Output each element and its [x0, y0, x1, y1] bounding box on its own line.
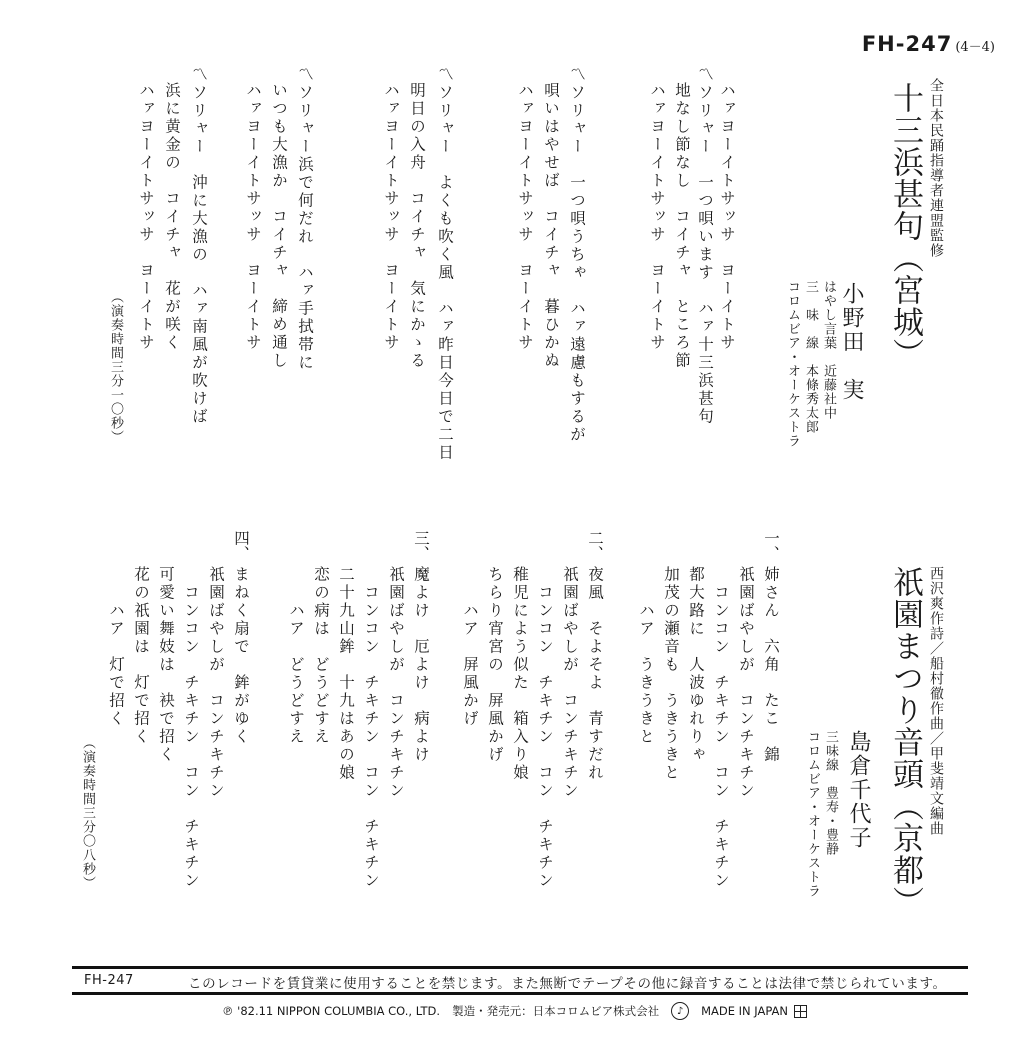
side-indicator: (4－4)	[955, 40, 995, 55]
song1-title: 十三浜甚句（宮城）	[888, 82, 922, 370]
lyric-line: ハァヨーイトサッサ ヨーイトサ	[648, 82, 666, 352]
verse-number: 二、	[586, 530, 604, 561]
lyric-line: 祇園ばやしが コンチキチン	[561, 566, 579, 800]
lyric-line: 〽ソリャー 一つ唄うちゃ ハァ遠慮もするが	[568, 66, 586, 444]
lyric-line: ハア 屏風かげ	[461, 566, 479, 728]
lyric-line: コンコン チキチン コン チキチン	[362, 566, 380, 890]
lyric-line: 〽ソリャー 一つ唄います ハァ十三浜甚句	[696, 66, 714, 426]
lyric-line: 〽ソリャー浜で何だれ ハァ手拭帯に	[296, 66, 314, 372]
catalog-number-header: FH-247(4－4)	[862, 32, 995, 56]
lyric-line: 浜に黄金の コイチャ 花が咲く	[163, 82, 181, 352]
footer-top-rule	[72, 966, 968, 969]
lyric-line: ハァヨーイトサッサ ヨーイトサ	[137, 82, 155, 352]
lyric-line: 稚児によう似た 箱入り娘	[511, 566, 529, 782]
lyric-line: 姉さん 六角 たこ 錦	[762, 566, 780, 764]
lyric-line: ハア どうどすえ	[287, 566, 305, 746]
lyric-line: ハア 灯で招く	[107, 566, 125, 728]
lyric-line: ハァヨーイトサッサ ヨーイトサ	[244, 82, 262, 352]
lyric-line: コンコン チキチン コン チキチン	[712, 566, 730, 890]
song2-credit-shamisen: 三味線 豊寿・豊静	[822, 730, 838, 856]
lyric-line: 恋の病は どうどすえ	[312, 566, 330, 746]
catalog-number: FH-247	[862, 32, 952, 56]
lyric-line: 祇園ばやしが コンチキチン	[387, 566, 405, 800]
lyric-line: 唄いはやせば コイチャ 暮ひかぬ	[542, 82, 560, 370]
lyric-line: コンコン チキチン コン チキチン	[536, 566, 554, 890]
song2-artist: 島倉千代子	[846, 730, 870, 850]
jis-mark-icon	[794, 1005, 807, 1018]
lyric-line: 明日の入舟 コイチャ 気にかゝる	[408, 82, 426, 370]
verse-number: 三、	[412, 530, 430, 561]
lyric-line: 祇園ばやしが コンチキチン	[207, 566, 225, 800]
verse-number: 四、	[232, 530, 250, 561]
lyric-line: 都大路に 人波ゆれりゃ	[687, 566, 705, 764]
columbia-logo-icon: ♪	[671, 1002, 689, 1020]
lyric-line: ハァヨーイトサッサ ヨーイトサ	[382, 82, 400, 352]
song1-duration: （演奏時間三分一〇秒）	[108, 290, 123, 444]
footer-credits-row: ℗ '82.11 NIPPON COLUMBIA CO., LTD. 製造・発売…	[222, 1002, 807, 1020]
lyric-line: まねく扇で 鉾がゆく	[232, 566, 250, 746]
song1-credit-orchestra: コロムビア・オーケストラ	[784, 280, 800, 448]
lyric-line: 加茂の瀬音も うきうきと	[662, 566, 680, 782]
made-in-japan-text: MADE IN JAPAN	[701, 1004, 788, 1018]
lyric-line: コンコン チキチン コン チキチン	[182, 566, 200, 890]
song2-duration: （演奏時間三分〇八秒）	[80, 736, 95, 890]
lyric-line: 〽ソリャー 沖に大漁の ハァ南風が吹けば	[190, 66, 208, 426]
footer-catalog-number: FH-247	[84, 973, 134, 988]
song1-credit-hayashi: はやし言葉 近藤社中	[820, 280, 836, 420]
lyric-line: 魔よけ 厄よけ 病よけ	[412, 566, 430, 764]
song1-credit-shamisen: 三 味 線 本條秀太郎	[802, 280, 818, 434]
lyric-line: 地なし節なし コイチャ ところ節	[673, 82, 691, 370]
footer-bottom-rule	[72, 992, 968, 995]
song2-credit-orchestra: コロムビア・オーケストラ	[804, 730, 820, 898]
manufacturer-text: 製造・発売元：日本コロムビア株式会社	[452, 1003, 659, 1019]
lyric-line: ハァヨーイトサッサ ヨーイトサ	[718, 82, 736, 352]
lyric-line: 〽ソリャー よくも吹く風 ハァ昨日今日で二日	[436, 66, 454, 462]
lyric-line: 夜風 そよそよ 青すだれ	[586, 566, 604, 782]
song2-credits-line: 西沢爽作詩／船村徹作曲／甲斐靖文編曲	[928, 566, 944, 836]
lyric-line: ちらり宵宮の 屏風かげ	[486, 566, 504, 764]
song2-title: 祇園まつり音頭（京都）	[888, 566, 922, 918]
lyric-line: 祇園ばやしが コンチキチン	[737, 566, 755, 800]
verse-number: 一、	[762, 530, 780, 561]
song1-supervision: 全日本民踊指導者連盟監修	[928, 78, 944, 258]
lyric-line: ハァヨーイトサッサ ヨーイトサ	[516, 82, 534, 352]
song1-artist: 小野田 実	[839, 282, 863, 402]
footer-notice: このレコードを賃貸業に使用することを禁じます。また無断でテープその他に録音するこ…	[188, 972, 947, 992]
lyric-line: いつも大漁か コイチャ 締め通し	[270, 82, 288, 370]
lyric-line: 花の祇園は 灯で招く	[132, 566, 150, 746]
lyric-line: 二十九山鉾 十九はあの娘	[337, 566, 355, 782]
copyright-text: ℗ '82.11 NIPPON COLUMBIA CO., LTD.	[222, 1004, 440, 1018]
lyric-line: ハア うきうきと	[637, 566, 655, 746]
lyric-line: 可愛い舞妓は 袂で招く	[157, 566, 175, 764]
